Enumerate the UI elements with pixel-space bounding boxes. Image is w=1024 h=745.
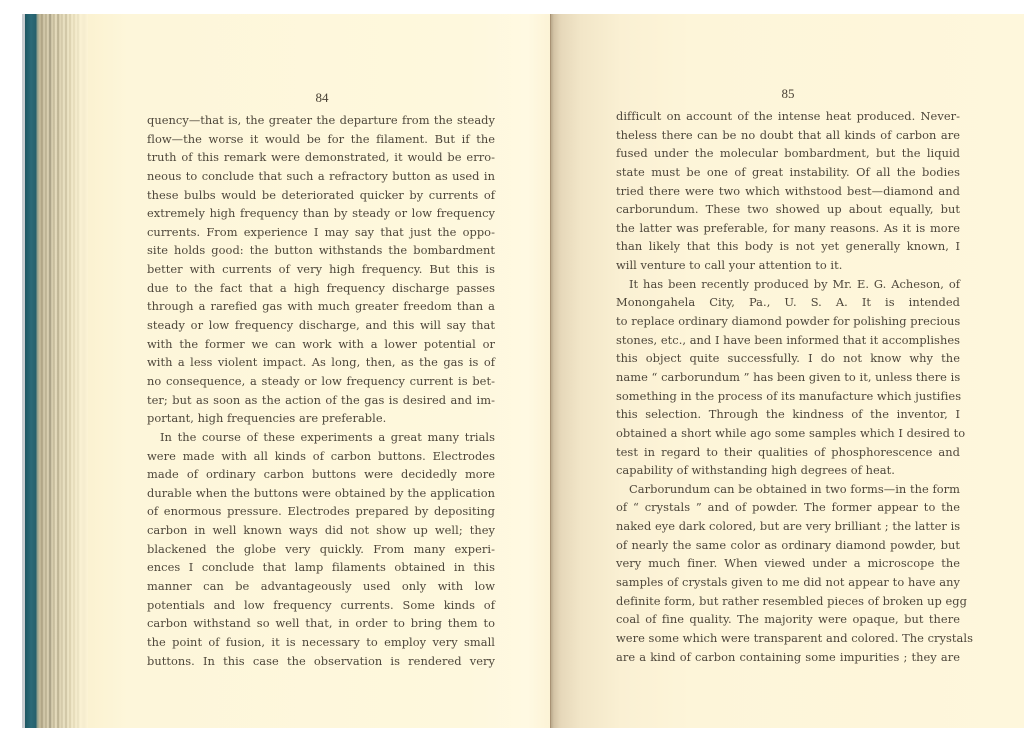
text-line: theless there can be no doubt that all k…: [616, 126, 960, 145]
text-line: state must be one of great instability. …: [616, 163, 960, 182]
text-line: obtained a short while ago some samples …: [616, 424, 960, 443]
text-line: are a kind of carbon containing some imp…: [616, 648, 960, 667]
text-line: potentials and low frequency currents. S…: [147, 596, 495, 615]
text-line: buttons. In this case the observation is…: [147, 652, 495, 671]
text-line: Monongahela City, Pa., U. S. A. It is in…: [616, 293, 960, 312]
text-line: naked eye dark colored, but are very bri…: [616, 517, 960, 536]
text-line: ter; but as soon as the action of the ga…: [147, 391, 495, 410]
text-line: durable when the buttons were obtained b…: [147, 484, 495, 503]
text-line: portant, high frequencies are preferable…: [147, 409, 495, 428]
text-line: blackened the globe very quickly. From m…: [147, 540, 495, 559]
paragraph-start-line: Carborundum can be obtained in two forms…: [616, 480, 960, 499]
text-line: through a rarefied gas with much greater…: [147, 297, 495, 316]
text-line: of nearly the same color as ordinary dia…: [616, 536, 960, 555]
text-line: ences I conclude that lamp filaments obt…: [147, 558, 495, 577]
text-line: carborundum. These two showed up about e…: [616, 200, 960, 219]
text-line: difficult on account of the intense heat…: [616, 107, 960, 126]
left-page-text: quency—that is, the greater the departur…: [147, 111, 495, 670]
text-line: steady or low frequency discharge, and t…: [147, 316, 495, 335]
text-line: with the former we can work with a lower…: [147, 335, 495, 354]
text-line: truth of this remark were demonstrated, …: [147, 148, 495, 167]
text-line: of “ crystals ” and of powder. The forme…: [616, 498, 960, 517]
text-line: due to the fact that a high frequency di…: [147, 279, 495, 298]
text-line: the point of fusion, it is necessary to …: [147, 633, 495, 652]
text-line: with a less violent impact. As long, the…: [147, 353, 495, 372]
text-line: test in regard to their qualities of pho…: [616, 443, 960, 462]
text-line: manner can be advantageously used only w…: [147, 577, 495, 596]
text-line: name “ carborundum ” has been given to i…: [616, 368, 960, 387]
left-page-number: 84: [302, 90, 342, 106]
text-line: fused under the molecular bombardment, b…: [616, 144, 960, 163]
text-line: to replace ordinary diamond powder for p…: [616, 312, 960, 331]
book-spread: 84 quency—that is, the greater the depar…: [0, 0, 1024, 745]
text-line: better with currents of very high freque…: [147, 260, 495, 279]
text-line: will venture to call your attention to i…: [616, 256, 960, 275]
right-page-number: 85: [768, 86, 808, 102]
text-line: the latter was preferable, for many reas…: [616, 219, 960, 238]
text-line: site holds good: the button withstands t…: [147, 241, 495, 260]
text-line: made of ordinary carbon buttons were dec…: [147, 465, 495, 484]
text-line: extremely high frequency than by steady …: [147, 204, 495, 223]
text-line: carbon in well known ways did not show u…: [147, 521, 495, 540]
text-line: flow—the worse it would be for the filam…: [147, 130, 495, 149]
paragraph-start-line: It has been recently produced by Mr. E. …: [616, 275, 960, 294]
text-line: were made with all kinds of carbon butto…: [147, 447, 495, 466]
text-line: capability of withstanding high degrees …: [616, 461, 960, 480]
text-line: of enormous pressure. Electrodes prepare…: [147, 502, 495, 521]
text-line: definite form, but rather resembled piec…: [616, 592, 960, 611]
text-line: stones, etc., and I have been informed t…: [616, 331, 960, 350]
right-page-text: difficult on account of the intense heat…: [616, 107, 960, 666]
text-line: this object quite successfully. I do not…: [616, 349, 960, 368]
text-line: samples of crystals given to me did not …: [616, 573, 960, 592]
text-line: something in the process of its manufact…: [616, 387, 960, 406]
text-line: quency—that is, the greater the departur…: [147, 111, 495, 130]
text-line: no consequence, a steady or low frequenc…: [147, 372, 495, 391]
text-line: tried there were two which withstood bes…: [616, 182, 960, 201]
book-page-edges: [22, 14, 88, 728]
text-line: than likely that this body is not yet ge…: [616, 237, 960, 256]
paragraph-start-line: In the course of these experiments a gre…: [147, 428, 495, 447]
text-line: coal of fine quality. The majority were …: [616, 610, 960, 629]
text-line: currents. From experience I may say that…: [147, 223, 495, 242]
text-line: neous to conclude that such a refractory…: [147, 167, 495, 186]
text-line: this selection. Through the kindness of …: [616, 405, 960, 424]
text-line: very much finer. When viewed under a mic…: [616, 554, 960, 573]
text-line: carbon withstand so well that, in order …: [147, 614, 495, 633]
text-line: these bulbs would be deteriorated quicke…: [147, 186, 495, 205]
text-line: were some which were transparent and col…: [616, 629, 960, 648]
